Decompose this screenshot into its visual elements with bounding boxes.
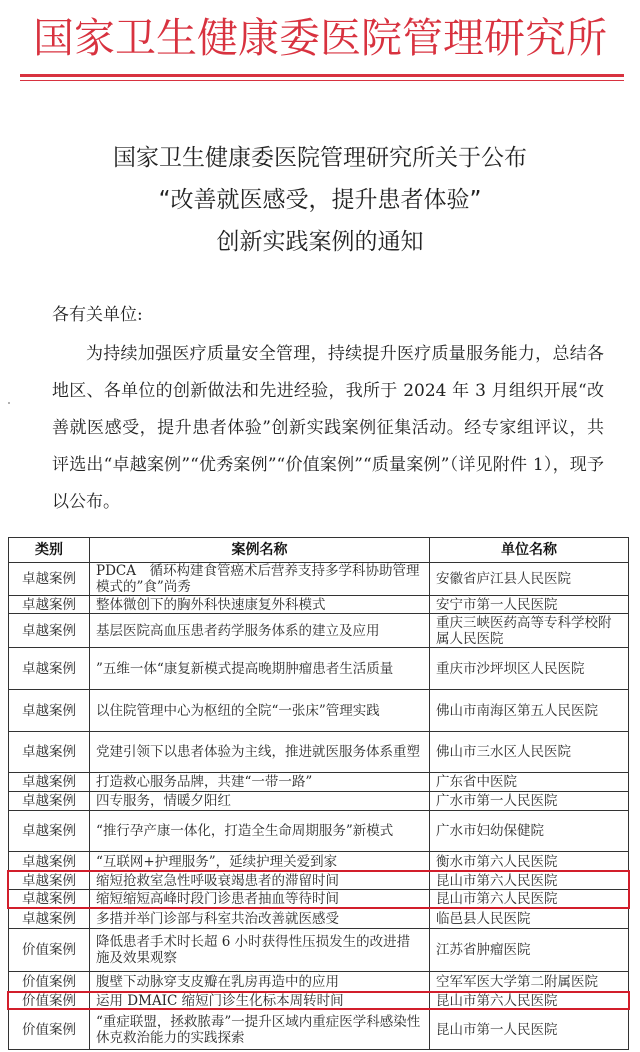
case-name-cell: 多措并举门诊部与科室共治改善就医感受 xyxy=(90,909,430,929)
unit-name-cell: 重庆三峡医药高等专科学校附属人民医院 xyxy=(430,614,629,648)
unit-name-cell: 江苏省肿瘤医院 xyxy=(430,929,629,972)
category-cell: 价值案例 xyxy=(9,972,90,993)
category-cell: 卓越案例 xyxy=(9,596,90,614)
category-cell: 卓越案例 xyxy=(9,732,90,773)
case-name-cell: ”五维一体“康复新模式提高晚期肿瘤患者生活质量 xyxy=(90,648,430,690)
category-cell: 价值案例 xyxy=(9,929,90,972)
table-row: 卓越案例“互联网+护理服务”，延续护理关爱到家衡水市第六人民医院 xyxy=(9,852,629,872)
category-cell: 卓越案例 xyxy=(9,890,90,909)
case-name-cell: 基层医院高血压患者药学服务体系的建立及应用 xyxy=(90,614,430,648)
unit-name-cell: 佛山市三水区人民医院 xyxy=(430,732,629,773)
scan-speck xyxy=(8,402,10,404)
table-row: 卓越案例整体微创下的胸外科快速康复外科模式安宁市第一人民医院 xyxy=(9,596,629,614)
unit-name-cell: 佛山市南海区第五人民医院 xyxy=(430,690,629,732)
table-row: 价值案例“重症联盟，拯救脓毒”一提升区域内重症医学科感染性休克救治能力的实践探索… xyxy=(9,1010,629,1050)
unit-name-cell: 安宁市第一人民医院 xyxy=(430,596,629,614)
category-cell: 卓越案例 xyxy=(9,563,90,596)
notice-title-line-1: 国家卫生健康委医院管理研究所关于公布 xyxy=(0,138,640,178)
table-row: 卓越案例以住院管理中心为枢纽的全院“一张床”管理实践佛山市南海区第五人民医院 xyxy=(9,690,629,732)
unit-name-cell: 衡水市第六人民医院 xyxy=(430,852,629,872)
letterhead-rule-thick xyxy=(20,74,624,77)
category-cell: 价值案例 xyxy=(9,993,90,1010)
unit-name-cell: 昆山市第一人民医院 xyxy=(430,1010,629,1050)
case-name-cell: 腹壁下动脉穿支皮瓣在乳房再造中的应用 xyxy=(90,972,430,993)
table-row-highlighted: 卓越案例缩短缩短高峰时段门诊患者抽血等待时间昆山市第六人民医院 xyxy=(9,890,629,909)
table-row: 卓越案例基层医院高血压患者药学服务体系的建立及应用重庆三峡医药高等专科学校附属人… xyxy=(9,614,629,648)
case-name-cell: 整体微创下的胸外科快速康复外科模式 xyxy=(90,596,430,614)
unit-name-cell: 昆山市第六人民医院 xyxy=(430,993,629,1010)
case-name-cell: “互联网+护理服务”，延续护理关爱到家 xyxy=(90,852,430,872)
notice-title-line-2: “改善就医感受，提升患者体验” xyxy=(0,180,640,220)
case-name-cell: “推行孕产康一体化，打造全生命周期服务”新模式 xyxy=(90,811,430,852)
case-name-cell: 打造救心服务品牌，共建“一带一路” xyxy=(90,773,430,792)
table-header-row: 类别 案例名称 单位名称 xyxy=(9,538,629,563)
table-row: 卓越案例”五维一体“康复新模式提高晚期肿瘤患者生活质量重庆市沙坪坝区人民医院 xyxy=(9,648,629,690)
unit-name-cell: 广东省中医院 xyxy=(430,773,629,792)
table-row-highlighted: 卓越案例缩短抢救室急性呼吸衰竭患者的滞留时间昆山市第六人民医院 xyxy=(9,872,629,890)
table-body: 卓越案例PDCA 循环构建食管癌术后营养支持多学科协助管理模式的”食”尚秀安徽省… xyxy=(9,563,629,1050)
category-cell: 卓越案例 xyxy=(9,909,90,929)
header-case-name: 案例名称 xyxy=(90,538,430,563)
letterhead-org-name: 国家卫生健康委医院管理研究所 xyxy=(0,14,640,62)
unit-name-cell: 安徽省庐江县人民医院 xyxy=(430,563,629,596)
table-row: 卓越案例四专服务，情暖夕阳红广水市第一人民医院 xyxy=(9,792,629,811)
case-name-cell: 降低患者手术时长超 6 小时获得性压损发生的改进措施及效果观察 xyxy=(90,929,430,972)
case-name-cell: PDCA 循环构建食管癌术后营养支持多学科协助管理模式的”食”尚秀 xyxy=(90,563,430,596)
unit-name-cell: 广水市妇幼保健院 xyxy=(430,811,629,852)
table-row: 卓越案例“推行孕产康一体化，打造全生命周期服务”新模式广水市妇幼保健院 xyxy=(9,811,629,852)
case-name-cell: “重症联盟，拯救脓毒”一提升区域内重症医学科感染性休克救治能力的实践探索 xyxy=(90,1010,430,1050)
unit-name-cell: 空军军医大学第二附属医院 xyxy=(430,972,629,993)
category-cell: 卓越案例 xyxy=(9,872,90,890)
table-row: 卓越案例PDCA 循环构建食管癌术后营养支持多学科协助管理模式的”食”尚秀安徽省… xyxy=(9,563,629,596)
table-row: 卓越案例打造救心服务品牌，共建“一带一路”广东省中医院 xyxy=(9,773,629,792)
table-row: 卓越案例党建引领下以患者体验为主线，推进就医服务体系重塑佛山市三水区人民医院 xyxy=(9,732,629,773)
case-name-cell: 以住院管理中心为枢纽的全院“一张床”管理实践 xyxy=(90,690,430,732)
case-name-cell: 缩短缩短高峰时段门诊患者抽血等待时间 xyxy=(90,890,430,909)
header-category: 类别 xyxy=(9,538,90,563)
unit-name-cell: 昆山市第六人民医院 xyxy=(430,872,629,890)
header-unit-name: 单位名称 xyxy=(430,538,629,563)
cases-table: 类别 案例名称 单位名称 卓越案例PDCA 循环构建食管癌术后营养支持多学科协助… xyxy=(8,537,629,1050)
category-cell: 卓越案例 xyxy=(9,690,90,732)
table-row: 价值案例降低患者手术时长超 6 小时获得性压损发生的改进措施及效果观察江苏省肿瘤… xyxy=(9,929,629,972)
category-cell: 价值案例 xyxy=(9,1010,90,1050)
unit-name-cell: 广水市第一人民医院 xyxy=(430,792,629,811)
category-cell: 卓越案例 xyxy=(9,792,90,811)
table-row: 卓越案例多措并举门诊部与科室共治改善就医感受临邑县人民医院 xyxy=(9,909,629,929)
unit-name-cell: 临邑县人民医院 xyxy=(430,909,629,929)
notice-title-line-3: 创新实践案例的通知 xyxy=(0,222,640,262)
unit-name-cell: 昆山市第六人民医院 xyxy=(430,890,629,909)
category-cell: 卓越案例 xyxy=(9,811,90,852)
category-cell: 卓越案例 xyxy=(9,852,90,872)
salutation: 各有关单位: xyxy=(52,300,143,325)
case-name-cell: 四专服务，情暖夕阳红 xyxy=(90,792,430,811)
case-name-cell: 党建引领下以患者体验为主线，推进就医服务体系重塑 xyxy=(90,732,430,773)
category-cell: 卓越案例 xyxy=(9,773,90,792)
category-cell: 卓越案例 xyxy=(9,614,90,648)
unit-name-cell: 重庆市沙坪坝区人民医院 xyxy=(430,648,629,690)
letterhead-rule-thin xyxy=(20,80,624,81)
body-paragraph: 为持续加强医疗质量安全管理，持续提升医疗质量服务能力，总结各地区、各单位的创新做… xyxy=(52,336,604,521)
case-name-cell: 缩短抢救室急性呼吸衰竭患者的滞留时间 xyxy=(90,872,430,890)
table-row: 价值案例腹壁下动脉穿支皮瓣在乳房再造中的应用空军军医大学第二附属医院 xyxy=(9,972,629,993)
case-name-cell: 运用 DMAIC 缩短门诊生化标本周转时间 xyxy=(90,993,430,1010)
table-row-highlighted: 价值案例运用 DMAIC 缩短门诊生化标本周转时间昆山市第六人民医院 xyxy=(9,993,629,1010)
category-cell: 卓越案例 xyxy=(9,648,90,690)
